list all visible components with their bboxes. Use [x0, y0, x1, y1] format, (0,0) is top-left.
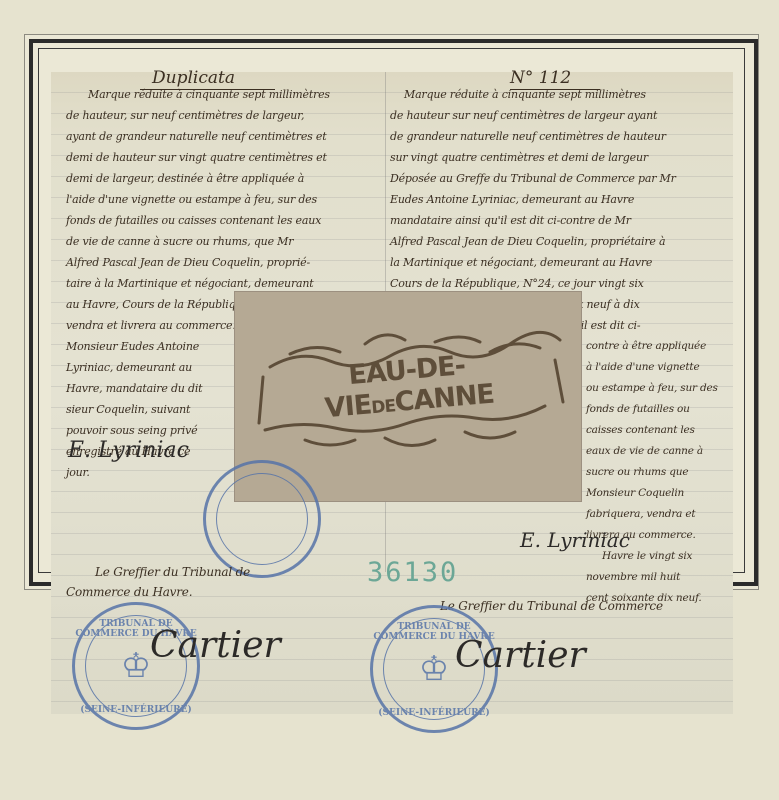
text-line: Monsieur Coquelin — [586, 483, 736, 504]
text-line: de hauteur sur neuf centimètres de large… — [390, 105, 735, 126]
text-line: l'aide d'une vignette ou estampe à feu, … — [66, 189, 386, 210]
text-line: demi de largeur, destinée à être appliqu… — [66, 168, 386, 189]
greffier-right: Le Greffier du Tribunal de Commerce — [440, 596, 663, 617]
text-line: Alfred Pascal Jean de Dieu Coquelin, pro… — [390, 231, 735, 252]
text-line: Monsieur Eudes Antoine — [66, 336, 231, 357]
registration-number: 36130 — [367, 557, 458, 588]
text-line: Havre, mandataire du dit — [66, 378, 231, 399]
text-line: de vie de canne à sucre ou rhums, que Mr — [66, 231, 386, 252]
text-line: de hauteur, sur neuf centimètres de larg… — [66, 105, 386, 126]
text-line: jour. — [66, 462, 231, 483]
text-line: à l'aide d'une vignette — [586, 357, 736, 378]
tribunal-stamp-left: TRIBUNAL DE COMMERCE DU HAVRE ♔ (SEINE-I… — [72, 602, 200, 730]
text-line: fabriquera, vendra et — [586, 504, 736, 525]
text-line: taire à la Martinique et négociant, deme… — [66, 273, 386, 294]
text-line: Lyriniac, demeurant au — [66, 357, 231, 378]
text-line: sur vingt quatre centimètres et demi de … — [390, 147, 735, 168]
text-line: ou estampe à feu, sur des — [586, 378, 736, 399]
text-line: sucre ou rhums que — [586, 462, 736, 483]
greffier-signature-right: Cartier — [455, 635, 586, 676]
text-line: Alfred Pascal Jean de Dieu Coquelin, pro… — [66, 252, 386, 273]
text-line: la Martinique et négociant, demeurant au… — [390, 252, 735, 273]
text-line: sieur Coquelin, suivant — [66, 399, 231, 420]
greffier-left-line1: Le Greffier du Tribunal de — [95, 562, 250, 583]
text-line: Cours de la République, N°24, ce jour vi… — [390, 273, 735, 294]
text-line: Marque réduite à cinquante sept millimèt… — [66, 84, 386, 105]
text-line: novembre mil huit — [586, 567, 736, 588]
text-line: de grandeur naturelle neuf centimètres d… — [390, 126, 735, 147]
signature-left: E. Lyriniac — [68, 438, 189, 463]
label-text-de: DE — [371, 396, 396, 418]
text-line: caisses contenant les — [586, 420, 736, 441]
greffier-signature-left: Cartier — [150, 625, 281, 666]
tribunal-stamp-faded — [203, 460, 321, 578]
text-line: Marque réduite à cinquante sept millimèt… — [390, 84, 735, 105]
text-line: fonds de futailles ou — [586, 399, 736, 420]
text-line: ayant de grandeur naturelle neuf centimè… — [66, 126, 386, 147]
stamp-inner-ring — [216, 473, 308, 565]
text-line: Eudes Antoine Lyriniac, demeurant au Hav… — [390, 189, 735, 210]
text-line: eaux de vie de canne à — [586, 441, 736, 462]
greffier-left-line2: Commerce du Havre. — [66, 582, 192, 603]
text-line: mandataire ainsi qu'il est dit ci-contre… — [390, 210, 735, 231]
text-line: contre à être appliquée — [586, 336, 736, 357]
liberty-figure-icon: ♔ — [414, 644, 454, 694]
stamp-bottom-text: (SEINE-INFÉRIEURE) — [75, 705, 197, 715]
stamp-bottom-text: (SEINE-INFÉRIEURE) — [373, 708, 495, 718]
text-line: Déposée au Greffe du Tribunal de Commerc… — [390, 168, 735, 189]
text-line: demi de hauteur sur vingt quatre centimè… — [66, 147, 386, 168]
signature-right: E. Lyriniac — [520, 528, 630, 552]
text-line: fonds de futailles ou caisses contenant … — [66, 210, 386, 231]
right-text-block-short: contre à être appliquée à l'aide d'une v… — [586, 336, 736, 609]
